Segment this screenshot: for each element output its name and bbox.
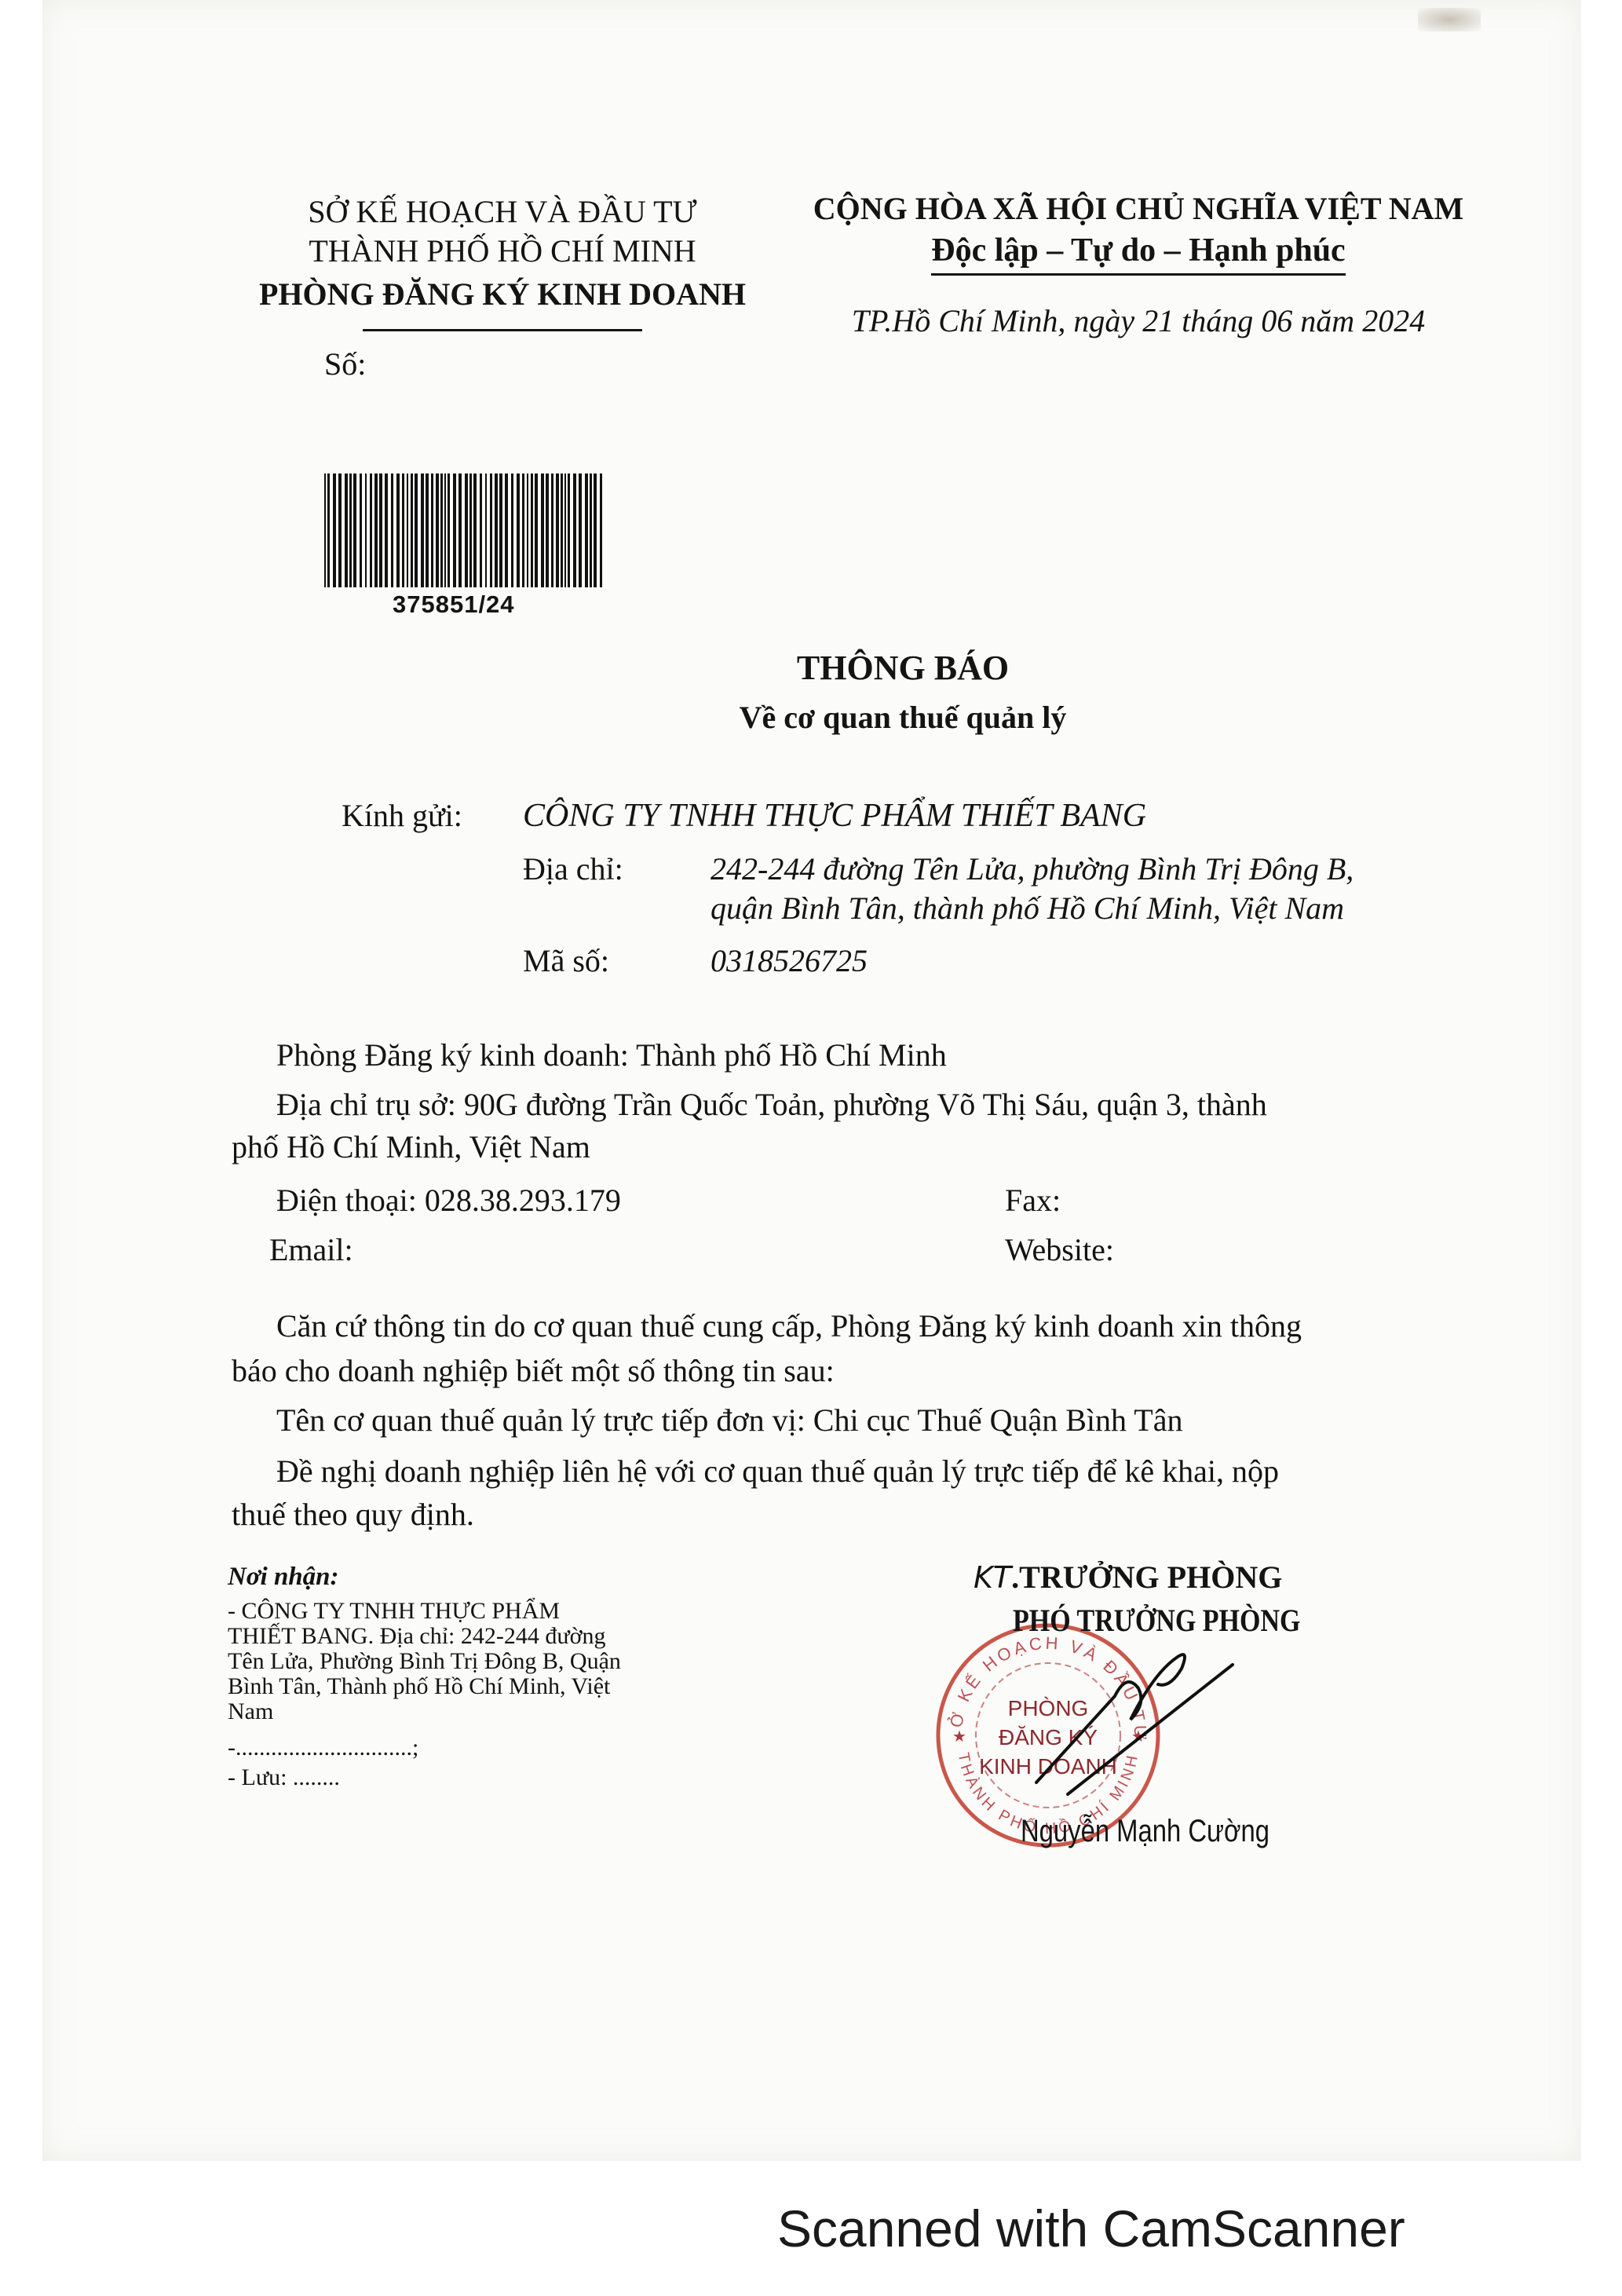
office-address-line2: phố Hồ Chí Minh, Việt Nam bbox=[232, 1128, 590, 1165]
recipient-address-label: Địa chỉ: bbox=[523, 850, 623, 887]
barcode-gap bbox=[602, 473, 605, 587]
national-motto: Độc lập – Tự do – Hạnh phúc bbox=[931, 229, 1345, 276]
distribution-item-1-line3: Tên Lửa, Phường Bình Trị Đông B, Quận bbox=[228, 1649, 730, 1674]
document-title: THÔNG BÁO bbox=[667, 648, 1138, 688]
recipient-label: Kính gửi: bbox=[342, 797, 462, 834]
signatory-position: PHÓ TRƯỞNG PHÒNG bbox=[1013, 1602, 1300, 1639]
document-date: TP.Hồ Chí Minh, ngày 21 tháng 06 năm 202… bbox=[801, 302, 1476, 339]
body-paragraph-3-line2: thuế theo quy định. bbox=[232, 1496, 474, 1533]
barcode-number: 375851/24 bbox=[393, 590, 515, 619]
distribution-item-1-line5: Nam bbox=[228, 1699, 730, 1724]
body-paragraph-1-line1: Căn cứ thông tin do cơ quan thuế cung cấ… bbox=[276, 1307, 1302, 1344]
national-header: CỘNG HÒA XÃ HỘI CHỦ NGHĨA VIỆT NAM Độc l… bbox=[801, 188, 1476, 276]
issuing-agency-header: SỞ KẾ HOẠCH VÀ ĐẦU TƯ THÀNH PHỐ HỒ CHÍ M… bbox=[243, 192, 762, 331]
barcode bbox=[324, 473, 607, 587]
distribution-item-1-line4: Bình Tân, Thành phố Hồ Chí Minh, Việt bbox=[228, 1674, 730, 1699]
tax-code-label: Mã số: bbox=[523, 942, 609, 979]
document-number-label: Số: bbox=[324, 345, 366, 382]
document-subtitle: Về cơ quan thuế quản lý bbox=[589, 699, 1217, 736]
office-email: Email: bbox=[269, 1231, 353, 1268]
handwritten-signature bbox=[1021, 1625, 1240, 1806]
body-paragraph-1-line2: báo cho doanh nghiệp biết một số thông t… bbox=[232, 1352, 835, 1389]
camscanner-watermark: Scanned with CamScanner bbox=[777, 2199, 1405, 2258]
office-phone: Điện thoại: 028.38.293.179 bbox=[276, 1182, 621, 1219]
signatory-title-main: .TRƯỞNG PHÒNG bbox=[1011, 1559, 1282, 1595]
scan-smudge bbox=[1418, 8, 1481, 31]
on-behalf-prefix: KT bbox=[974, 1560, 1011, 1595]
office-name: Phòng Đăng ký kinh doanh: Thành phố Hồ C… bbox=[276, 1036, 947, 1073]
tax-authority-line: Tên cơ quan thuế quản lý trực tiếp đơn v… bbox=[276, 1402, 1182, 1439]
header-divider bbox=[363, 329, 642, 331]
recipient-address-line1: 242-244 đường Tên Lửa, phường Bình Trị Đ… bbox=[711, 850, 1353, 887]
signatory-title: KT.TRƯỞNG PHÒNG bbox=[974, 1559, 1282, 1596]
recipient-address-line2: quận Bình Tân, thành phố Hồ Chí Minh, Vi… bbox=[711, 890, 1344, 927]
signatory-name: Nguyễn Mạnh Cường bbox=[1021, 1814, 1269, 1849]
stamp-star-left-icon: ★ bbox=[952, 1728, 966, 1746]
distribution-item-archive: - Lưu: ........ bbox=[228, 1765, 730, 1790]
tax-code-value: 0318526725 bbox=[711, 942, 868, 979]
office-address-line1: Địa chỉ trụ sở: 90G đường Trần Quốc Toản… bbox=[276, 1086, 1267, 1123]
national-title: CỘNG HÒA XÃ HỘI CHỦ NGHĨA VIỆT NAM bbox=[801, 188, 1476, 229]
distribution-list: - CÔNG TY TNHH THỰC PHẨM THIẾT BANG. Địa… bbox=[228, 1599, 730, 1790]
agency-office: PHÒNG ĐĂNG KÝ KINH DOANH bbox=[243, 271, 762, 318]
body-paragraph-3-line1: Đề nghị doanh nghiệp liên hệ với cơ quan… bbox=[276, 1453, 1279, 1490]
office-fax: Fax: bbox=[1005, 1182, 1061, 1219]
distribution-item-2: -..............................; bbox=[228, 1735, 730, 1760]
office-website: Website: bbox=[1005, 1231, 1114, 1268]
distribution-title: Nơi nhận: bbox=[228, 1563, 339, 1592]
distribution-item-1-line1: - CÔNG TY TNHH THỰC PHẨM bbox=[228, 1599, 730, 1624]
recipient-company: CÔNG TY TNHH THỰC PHẨM THIẾT BANG bbox=[523, 797, 1146, 835]
agency-city: THÀNH PHỐ HỒ CHÍ MINH bbox=[243, 232, 762, 271]
agency-department: SỞ KẾ HOẠCH VÀ ĐẦU TƯ bbox=[243, 192, 762, 232]
distribution-item-1-line2: THIẾT BANG. Địa chỉ: 242-244 đường bbox=[228, 1624, 730, 1649]
